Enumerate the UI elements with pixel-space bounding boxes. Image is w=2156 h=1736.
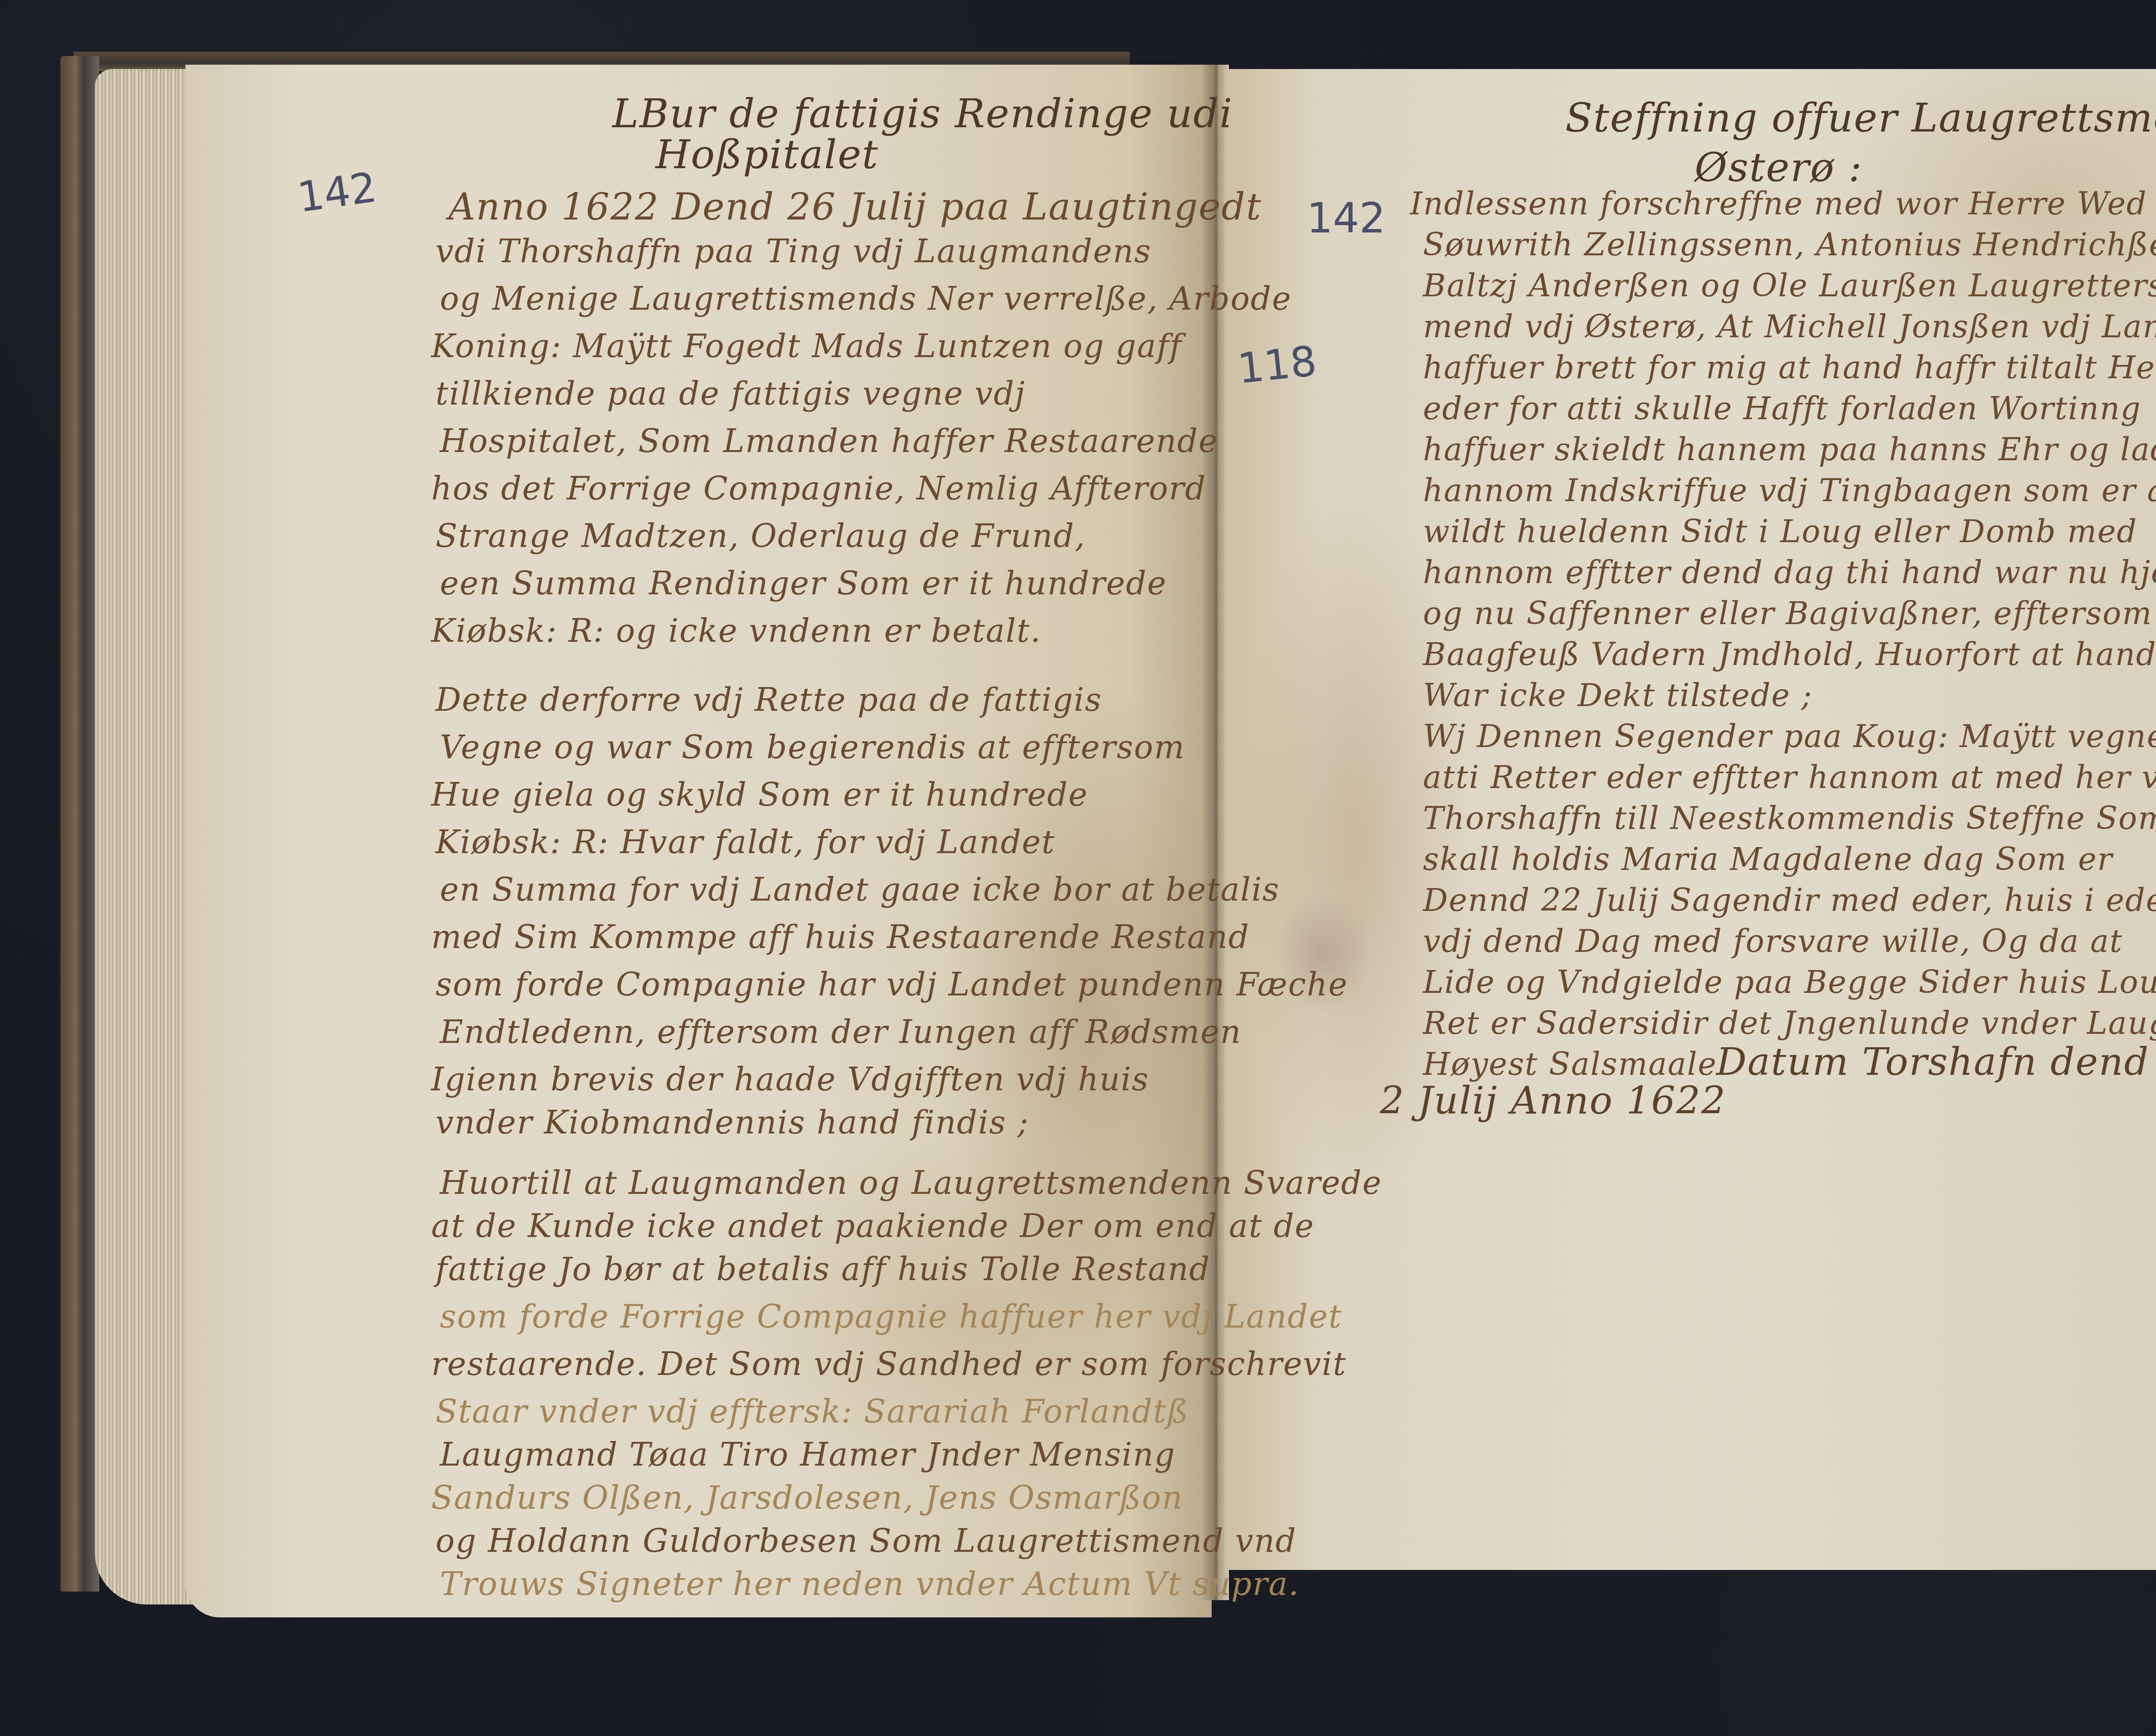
left-text-line: vdi Thorshaffn paa Ting vdj Laugmandens	[436, 233, 1151, 270]
right-text-line: haffuer skieldt hannem paa hanns Ehr og …	[1423, 431, 2156, 468]
left-text-line: restaarende. Det Som vdj Sandhed er som …	[431, 1346, 1347, 1383]
left-text-line: Anno 1622 Dend 26 Julij paa Laugtingedt	[448, 185, 1262, 229]
left-heading-line-2: Hoßpitalet	[655, 132, 879, 178]
left-text-line: som forde Compagnie har vdj Landet punde…	[436, 966, 1348, 1003]
left-text-line: Kiøbsk: R: Hvar faldt, for vdj Landet	[436, 824, 1055, 861]
left-text-line: tillkiende paa de fattigis vegne vdj	[436, 375, 1025, 412]
cover-left-edge	[60, 56, 99, 1592]
right-text-line: Wj Dennen Segender paa Koug: Maÿtt vegne	[1423, 718, 2156, 754]
datum-line: Datum Torshafn dend	[1716, 1039, 2149, 1084]
left-text-line: Laugmand Tøaa Tiro Hamer Jnder Mensing	[440, 1436, 1175, 1473]
left-text-line: som forde Forrige Compagnie haffuer her …	[440, 1298, 1342, 1335]
left-text-line: Dette derforre vdj Rette paa de fattigis	[436, 681, 1102, 719]
right-text-line: Ret er Sadersidir det Jngenlunde vnder L…	[1423, 1005, 2156, 1041]
right-heading-line-2: Østerø :	[1695, 144, 1863, 191]
right-text-line: Baagfeuß Vadern Jmdhold, Huorfort at han…	[1423, 636, 2156, 672]
right-text-line: Høyest Salsmaale	[1423, 1046, 1717, 1082]
right-text-line: wildt hueldenn Sidt i Loug eller Domb me…	[1423, 513, 2137, 549]
left-text-line: Staar vnder vdj efftersk: Sarariah Forla…	[436, 1393, 1189, 1430]
left-text-line: Trouws Signeter her neden vnder Actum Vt…	[440, 1566, 1300, 1603]
right-heading-line-1: Steffning offuer Laugrettsmendene udi	[1565, 95, 2156, 141]
right-text-line: Lide og Vndgielde paa Begge Sider huis L…	[1423, 964, 2156, 1000]
left-text-line: Strange Madtzen, Oderlaug de Frund,	[436, 518, 1086, 555]
left-text-line: vnder Kiobmandennis hand findis ;	[436, 1104, 1029, 1141]
left-text-line: Sandurs Olßen, Jarsdolesen, Jens Osmarßo…	[431, 1479, 1183, 1516]
date-line: 2 Julij Anno 1622	[1380, 1078, 1726, 1123]
left-text-line: Hue giela og skyld Som er it hundrede	[431, 776, 1088, 813]
left-text-line: hos det Forrige Compagnie, Nemlig Affter…	[431, 470, 1206, 507]
left-text-line: en Summa for vdj Landet gaae icke bor at…	[440, 871, 1280, 908]
left-text-line: een Summa Rendinger Som er it hundrede	[440, 565, 1167, 602]
right-text-line: Dennd 22 Julij Sagendir med eder, huis i…	[1423, 882, 2156, 918]
right-folio-number: 142	[1307, 194, 1385, 242]
left-text-line: og Holdann Guldorbesen Som Laugrettismen…	[436, 1523, 1297, 1560]
left-text-line: med Sim Kommpe aff huis Restaarende Rest…	[431, 919, 1250, 956]
right-text-line: Baltzj Anderßen og Ole Laurßen Laugrette…	[1423, 267, 2156, 304]
right-text-line: og nu Saffenner eller Bagivaßner, effter…	[1423, 595, 2153, 631]
left-text-line: Igienn brevis der haade Vdgifften vdj hu…	[431, 1061, 1149, 1098]
left-text-line: Endtledenn, efftersom der Iungen aff Rød…	[440, 1014, 1241, 1051]
right-text-line: skall holdis Maria Magdalene dag Som er	[1423, 841, 2113, 877]
right-text-line: atti Retter eder efftter hannom at med h…	[1423, 759, 2156, 795]
left-text-line: at de Kunde icke andet paakiende Der om …	[431, 1208, 1315, 1245]
right-text-line: Thorshaffn till Neestkommendis Steffne S…	[1423, 800, 2156, 836]
left-text-line: Vegne og war Som begierendis at effterso…	[440, 729, 1185, 766]
left-heading-line-1: LBur de fattigis Rendinge udi	[612, 91, 1233, 137]
right-text-line: mend vdj Østerø, At Michell Jonsßen vdj …	[1423, 308, 2156, 345]
right-text-line: vdj dend Dag med forsvare wille, Og da a…	[1423, 923, 2123, 959]
right-text-line: eder for atti skulle Hafft forladen Wort…	[1423, 390, 2141, 427]
left-text-line: Hospitalet, Som Lmanden haffer Restaaren…	[440, 423, 1218, 460]
left-text-line: og Menige Laugrettismends Ner verrelße, …	[440, 280, 1292, 317]
right-text-line: haffuer brett for mig at hand haffr tilt…	[1423, 349, 2156, 386]
right-text-line: hannom Indskriffue vdj Tingbaagen som er…	[1423, 472, 2156, 509]
left-text-line: Kiøbsk: R: og icke vndenn er betalt.	[431, 612, 1041, 650]
right-text-line: hannom efftter dend dag thi hand war nu …	[1423, 554, 2156, 590]
left-text-line: Koning: Maÿtt Fogedt Mads Luntzen og gaf…	[431, 328, 1182, 365]
right-text-line: Indlessenn forschreffne med wor Herre We…	[1410, 185, 2156, 222]
left-text-line: fattige Jo bør at betalis aff huis Tolle…	[436, 1251, 1210, 1288]
left-text-line: Huortill at Laugmanden og Laugrettsmende…	[440, 1165, 1382, 1202]
right-text-line: War icke Dekt tilstede ;	[1423, 677, 1813, 713]
right-text-line: Søuwrith Zellingssenn, Antonius Hendrich…	[1423, 226, 2156, 263]
right-margin-number: 118	[1235, 337, 1319, 393]
